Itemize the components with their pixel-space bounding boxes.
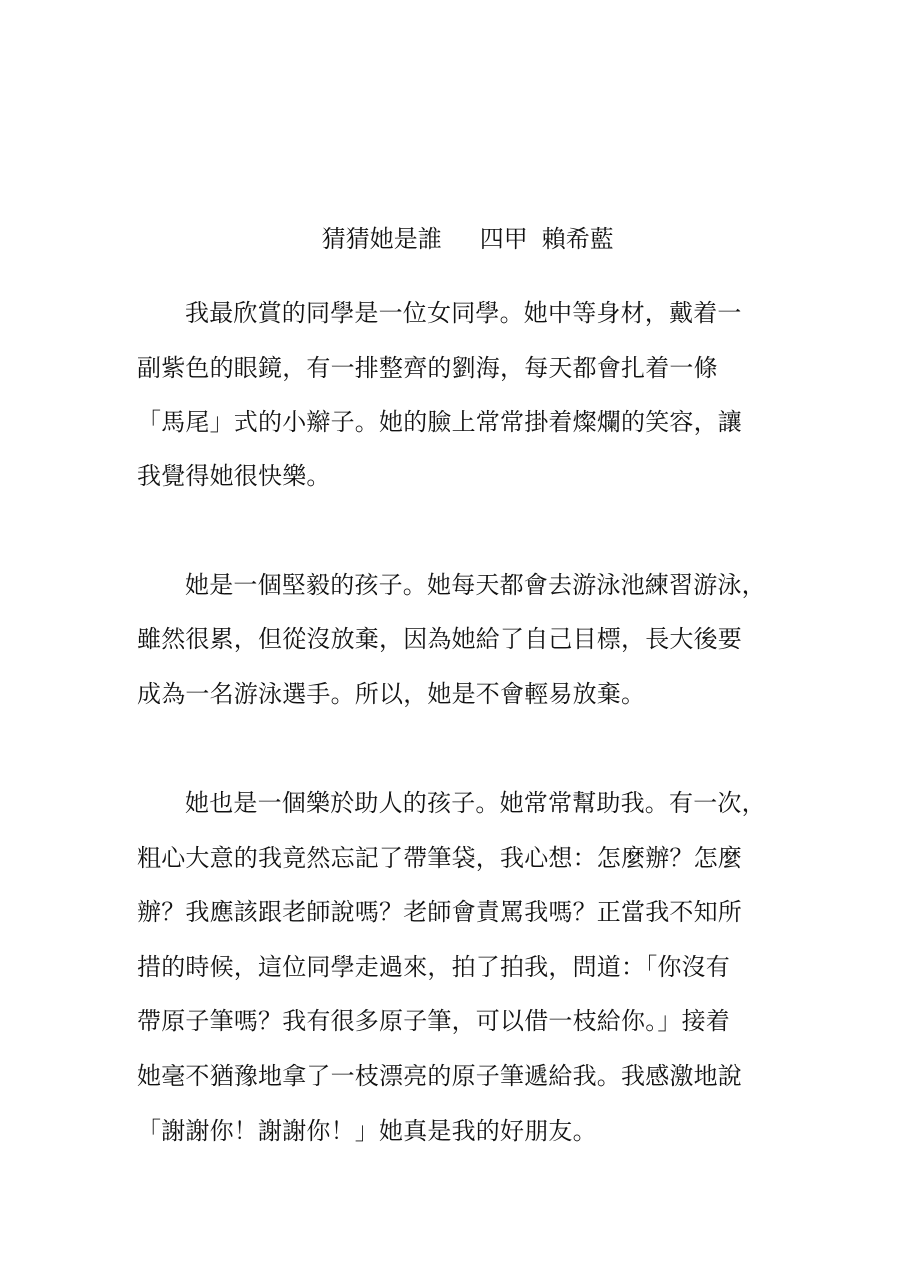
document-title: 猜猜她是誰四甲賴希藍: [0, 188, 905, 290]
paragraph-2-line-3: 成為一名游泳選手。所以，她是不會輕易放棄。: [137, 677, 645, 711]
paragraph-1-line-1: 我最欣賞的同學是一位女同學。她中等身材，戴着一: [185, 296, 742, 330]
document-page: 猜猜她是誰四甲賴希藍 我最欣賞的同學是一位女同學。她中等身材，戴着一 副紫色的眼…: [0, 0, 905, 1280]
paragraph-3-line-6: 她毫不猶豫地拿了一枝漂亮的原子筆遞給我。我感激地說: [137, 1059, 742, 1093]
paragraph-1-line-2: 副紫色的眼鏡，有一排整齊的劉海，每天都會扎着一條: [137, 351, 718, 385]
paragraph-3-line-5: 帶原子筆嗎？我有很多原子筆，可以借一枝給你。」接着: [137, 1004, 730, 1038]
paragraph-3-line-3: 辦？我應該跟老師說嗎？老師會責罵我嗎？正當我不知所: [137, 895, 742, 929]
title-class: 四甲: [480, 222, 528, 256]
paragraph-1-line-4: 我覺得她很快樂。: [137, 459, 331, 493]
paragraph-3-line-7: 「謝謝你！謝謝你！」她真是我的好朋友。: [137, 1114, 597, 1148]
paragraph-2-line-1: 她是一個堅毅的孩子。她每天都會去游泳池練習游泳，: [185, 568, 766, 602]
paragraph-3-line-2: 粗心大意的我竟然忘記了帶筆袋，我心想：怎麼辦？怎麼: [137, 841, 742, 875]
paragraph-2-line-2: 雖然很累，但從沒放棄，因為她給了自己目標，長大後要: [137, 622, 742, 656]
paragraph-3-line-1: 她也是一個樂於助人的孩子。她常常幫助我。有一次，: [185, 786, 766, 820]
title-heading: 猜猜她是誰: [322, 222, 442, 256]
paragraph-1-line-3: 「馬尾」式的小辮子。她的臉上常常掛着燦爛的笑容，讓: [137, 405, 742, 439]
paragraph-3-line-4: 措的時候，這位同學走過來，拍了拍我，問道：「你沒有: [137, 950, 730, 984]
title-author: 賴希藍: [542, 222, 614, 256]
